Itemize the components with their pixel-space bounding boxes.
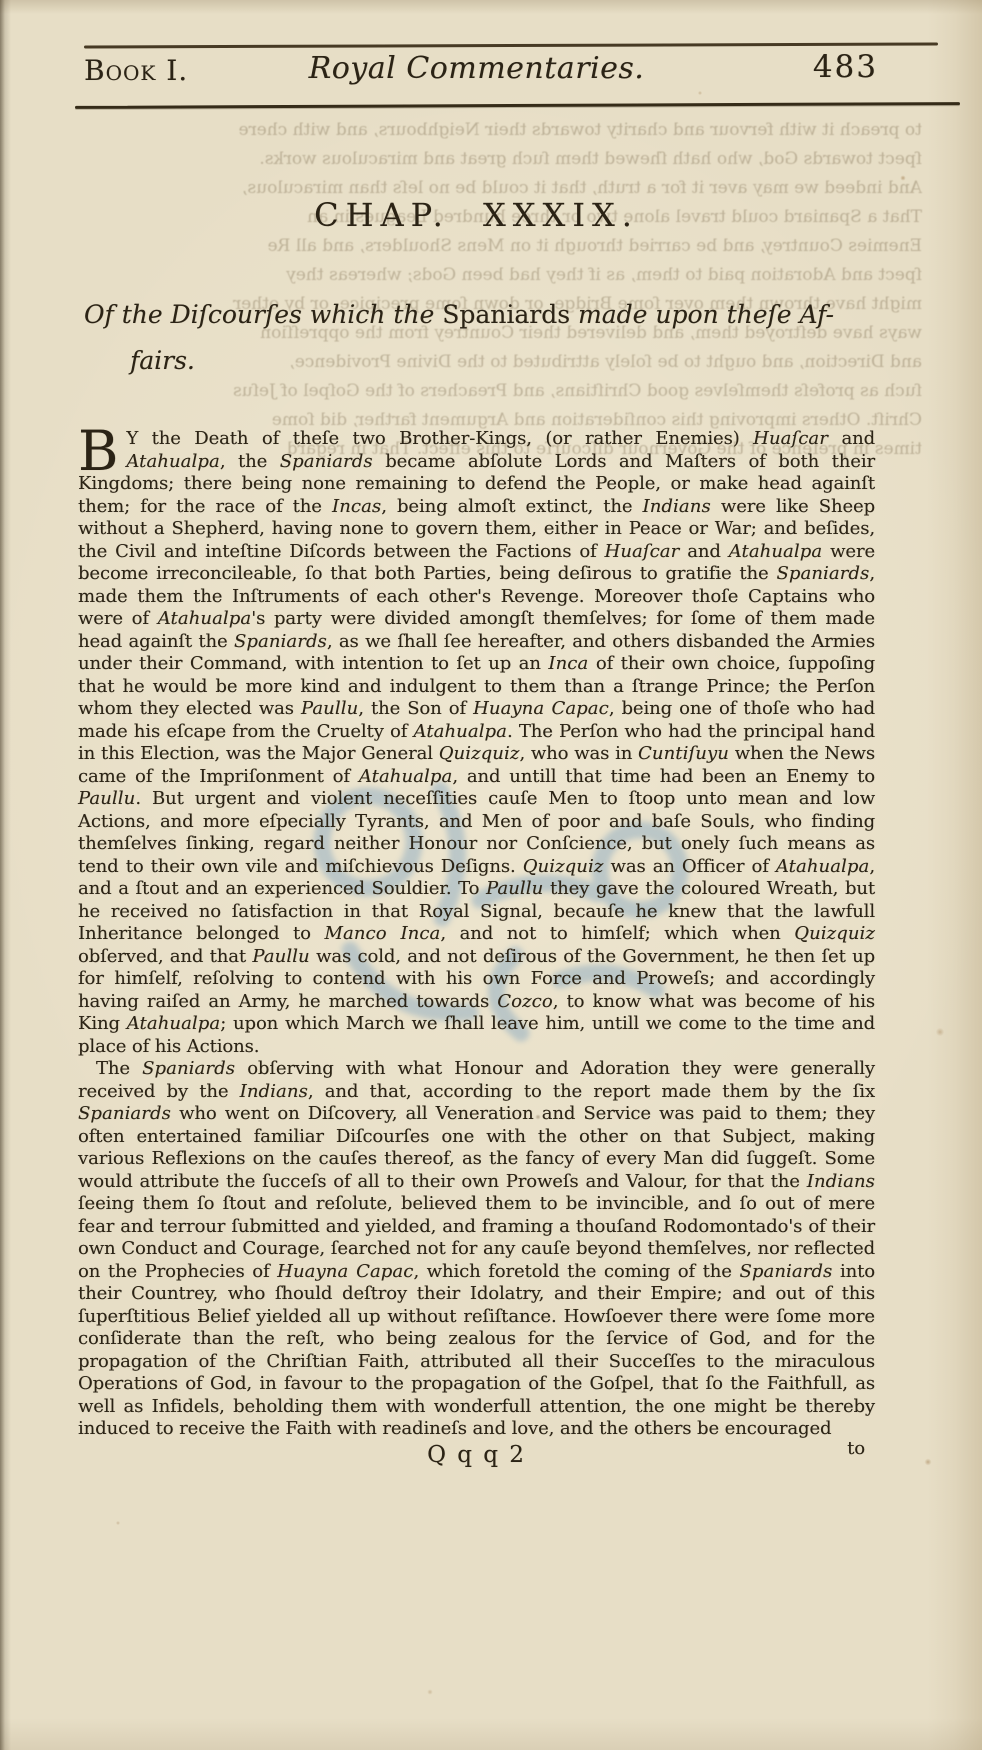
book-page-scan: Book I. Royal Commentaries. 483 to preac… bbox=[0, 0, 982, 1750]
page-number: 483 bbox=[813, 49, 878, 85]
body-paragraph-1: BY the Death of theſe two Brother-Kings,… bbox=[78, 428, 875, 1058]
page-footer: Q q q 2 to bbox=[78, 1444, 875, 1478]
verso-bleedthrough-text: to preach it with fervour and charity to… bbox=[80, 116, 922, 464]
drop-cap: B bbox=[78, 428, 126, 472]
header-bottom-rule bbox=[75, 102, 960, 109]
chapter-heading: CHAP. XXXIX. bbox=[78, 196, 875, 234]
catchword: to bbox=[847, 1438, 865, 1461]
signature-mark: Q q q 2 bbox=[78, 1444, 875, 1467]
chapter-subtitle-line1: Of the Diſcourſes which the Spaniards ma… bbox=[84, 292, 874, 338]
text-column: BY the Death of theſe two Brother-Kings,… bbox=[78, 428, 875, 1478]
body-paragraph-2: The Spaniards obſerving with what Honour… bbox=[78, 1058, 875, 1441]
body-paragraph-1-text: Y the Death of theſe two Brother-Kings, … bbox=[78, 428, 875, 1057]
running-title: Royal Commentaries. bbox=[78, 51, 875, 86]
chapter-subtitle: Of the Diſcourſes which the Spaniards ma… bbox=[84, 292, 874, 384]
chapter-subtitle-line2: fairs. bbox=[84, 338, 874, 384]
header-top-rule bbox=[84, 43, 938, 48]
